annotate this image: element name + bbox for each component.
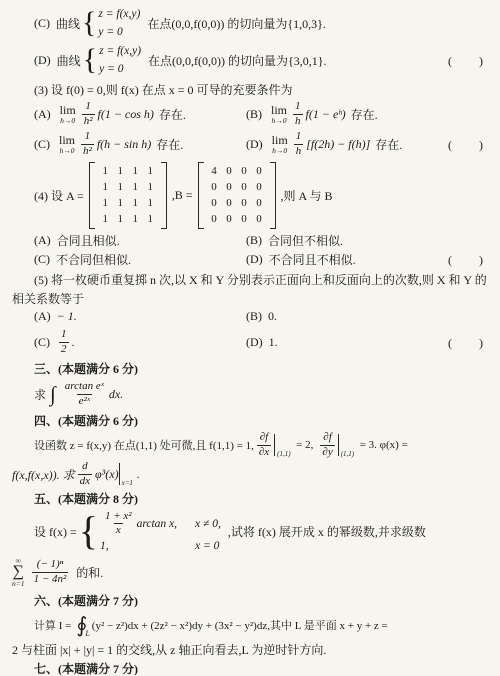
option-text: − 1. [57, 309, 77, 324]
option-text-pre: 曲线 [57, 52, 81, 69]
case-system: z = f(x,y) y = 0 [83, 42, 141, 79]
section-3-body: 求 ∫ arctan eˣ e²ˣ dx. [10, 378, 490, 410]
fraction-numerator: 1 [293, 100, 303, 113]
piecewise-system: 1 + x² x arctan x, x ≠ 0, 1, x = 0 [79, 510, 221, 552]
limit-operator: lim h→0 [59, 134, 75, 155]
case-top: z = f(x,y) [98, 5, 140, 23]
fraction: 1 2 [59, 328, 69, 355]
evaluation-bar: (1,1) [274, 434, 292, 456]
matrix-cell: 1 [133, 182, 139, 193]
question-4-options-cd: (C) 不合同但相似. (D) 不合同且不相似. ( ) [10, 250, 490, 269]
fraction-denominator: dx [78, 474, 92, 488]
fraction: arctan eˣ e²ˣ [63, 380, 106, 407]
fraction: 1 h [293, 100, 303, 127]
option-c: (C) 1 2 . [34, 328, 246, 355]
question-5-stem-line2: 相关系数等于 [10, 289, 490, 307]
fraction-numerator: 1 [83, 100, 93, 113]
matrix-cell: 1 [133, 166, 139, 177]
summation-operator: ∞ ∑ n=1 [12, 557, 25, 587]
section-header-text: 五、(本题满分 8 分) [34, 490, 138, 507]
option-d: (D) 不合同且不相似. [246, 251, 448, 268]
option-c: (C) lim h→0 1 h² f(h − sin h) 存在. [34, 130, 246, 157]
matrix-cell: 0 [241, 182, 247, 193]
fraction-denominator: x [114, 523, 123, 537]
stem-text: (5) 将一枚硬币重复掷 n 次,以 X 和 Y 分别表示正面向上和反面向上的次… [34, 271, 487, 288]
option-label: (D) [246, 137, 263, 152]
matrix-cell: 0 [256, 214, 262, 225]
section-5-series: ∞ ∑ n=1 (− 1)ⁿ 1 − 4n² 的和. [10, 554, 490, 590]
section-5-piecewise: 设 f(x) = 1 + x² x arctan x, x ≠ 0, 1, x … [10, 508, 490, 554]
body-text: 2 与柱面 |x| + |y| = 1 的交线,从 z 轴正向看去,L 为逆时针… [12, 641, 326, 658]
option-label: (D) [34, 53, 51, 68]
matrix-cell: 1 [133, 198, 139, 209]
option-body: f(1 − eʰ) [306, 107, 346, 122]
option-text: 合同且相似. [57, 232, 120, 249]
matrix-cell: 1 [103, 214, 109, 225]
lim-word: lim [59, 134, 75, 146]
fraction-numerator: 1 + x² [103, 510, 134, 523]
integral-icon: ∫ [50, 384, 56, 405]
option-a: (A) lim h→0 1 h² f(1 − cos h) 存在. [34, 100, 246, 127]
equation-text: = 3. φ(x) = [360, 439, 408, 451]
fraction: 1 + x² x [103, 510, 134, 537]
matrix-a: 1111111111111111 [89, 162, 167, 229]
section-6-header: 六、(本题满分 7 分) [10, 590, 490, 610]
option-label: (D) [246, 252, 263, 267]
matrix-cell: 1 [148, 198, 154, 209]
section-header-text: 七、(本题满分 7 分) [34, 660, 138, 676]
option-label: (C) [34, 252, 50, 267]
piecewise-value-2: 1, [100, 540, 177, 552]
section-5-header: 五、(本题满分 8 分) [10, 488, 490, 508]
matrix-cell: 0 [256, 182, 262, 193]
option-body: [f(2h) − f(h)] [306, 137, 370, 152]
stem-text: 相关系数等于 [12, 290, 84, 307]
body-post: 的和. [76, 564, 103, 581]
body-mid: ,试将 f(x) 展开成 x 的幂级数,并求级数 [228, 523, 426, 540]
limit-operator: lim h→0 [60, 104, 76, 125]
stem-post: ,则 A 与 B [281, 187, 333, 204]
option-text-post: 在点(0,0,f(0,0)) 的切向量为{3,0,1}. [148, 52, 327, 69]
fraction-denominator: h² [82, 114, 95, 128]
matrix-cell: 0 [241, 166, 247, 177]
exam-page: (C) 曲线 z = f(x,y) y = 0 在点(0,0,f(0,0)) 的… [0, 0, 500, 676]
question-4-options-ab: (A) 合同且相似. (B) 合同但不相似. [10, 231, 490, 250]
option-a: (A) 合同且相似. [34, 232, 246, 249]
option-b: (B) 合同但不相似. [246, 232, 490, 249]
contour-subscript: L [85, 629, 89, 638]
option-text: 0. [268, 309, 277, 324]
fraction: 1 h² [81, 130, 94, 157]
section-6-line1: 计算 I = ∮ L (y² − z²)dx + (2z² − x²)dy + … [10, 610, 490, 640]
case-bottom: y = 0 [99, 60, 141, 78]
fraction-denominator: ∂y [320, 445, 334, 459]
question-5-options-cd: (C) 1 2 . (D) 1. ( ) [10, 326, 490, 358]
matrix-b: 4000000000000000 [198, 162, 276, 229]
matrix-grid: 4000000000000000 [207, 166, 267, 225]
section-3-header: 三、(本题满分 6 分) [10, 358, 490, 378]
fraction-numerator: (− 1)ⁿ [35, 558, 65, 571]
body-pre: 计算 I = [34, 617, 71, 633]
case-top: z = f(x,y) [99, 42, 141, 60]
section-4-line1: 设函数 z = f(x,y) 在点(1,1) 处可微,且 f(1,1) = 1,… [10, 430, 490, 460]
matrix-cell: 1 [118, 198, 124, 209]
piecewise-condition-1: x ≠ 0, [195, 518, 221, 530]
matrix-cell: 0 [241, 198, 247, 209]
derivative-fraction: d dx [78, 460, 92, 487]
section-header-text: 三、(本题满分 6 分) [34, 360, 138, 377]
question-3-options-ab: (A) lim h→0 1 h² f(1 − cos h) 存在. (B) li… [10, 99, 490, 129]
fraction-denominator: 2 [59, 342, 69, 356]
question-5-options-ab: (A) − 1. (B) 0. [10, 307, 490, 326]
section-header-text: 六、(本题满分 7 分) [34, 592, 138, 609]
function-part: arctan x, [137, 518, 177, 530]
case-bottom: y = 0 [98, 23, 140, 41]
matrix-cell: 1 [103, 198, 109, 209]
evaluation-subscript: (1,1) [341, 450, 354, 458]
sum-lower-limit: n=1 [12, 580, 25, 588]
option-tail: . [72, 335, 75, 350]
case-column: z = f(x,y) y = 0 [99, 42, 141, 79]
section-4-line2: f(x,f(x,x)). 求 d dx φ³(x) x=1 . [10, 460, 490, 488]
matrix-cell: 1 [133, 214, 139, 225]
matrix-cell: 1 [148, 166, 154, 177]
body-text: f(x,f(x,x)). 求 [12, 466, 75, 483]
matrix-cell: 0 [256, 166, 262, 177]
option-label: (C) [34, 16, 50, 31]
matrix-cell: 4 [211, 166, 217, 177]
matrix-cell: 0 [241, 214, 247, 225]
stem-mid: ,B = [172, 188, 193, 203]
option-text: 合同但不相似. [268, 232, 343, 249]
option-2c: (C) 曲线 z = f(x,y) y = 0 在点(0,0,f(0,0)) 的… [10, 5, 490, 41]
option-d: (D) lim h→0 1 h [f(2h) − f(h)] 存在. [246, 130, 448, 157]
answer-parentheses: ( ) [448, 136, 490, 153]
option-text: 不合同且不相似. [269, 251, 356, 268]
question-4-stem: (4) 设 A = 1111111111111111 ,B = 40000000… [10, 159, 490, 231]
fraction-denominator: h² [81, 144, 94, 158]
matrix-cell: 0 [226, 198, 232, 209]
piecewise-grid: 1 + x² x arctan x, x ≠ 0, 1, x = 0 [100, 510, 221, 552]
fraction-numerator: ∂f [258, 431, 271, 444]
equation-text: = 2, [296, 439, 313, 451]
piecewise-value-1: 1 + x² x arctan x, [100, 510, 177, 537]
question-3-options-cd: (C) lim h→0 1 h² f(h − sin h) 存在. (D) li… [10, 129, 490, 159]
option-label: (A) [34, 233, 51, 248]
fraction: 1 h² [82, 100, 95, 127]
section-6-line2: 2 与柱面 |x| + |y| = 1 的交线,从 z 轴正向看去,L 为逆时针… [10, 640, 490, 658]
option-text: 1. [269, 335, 278, 350]
option-body: f(1 − cos h) [98, 107, 154, 122]
stem-pre: (4) 设 A = [34, 187, 84, 204]
fraction-denominator: ∂x [257, 445, 271, 459]
option-label: (A) [34, 309, 51, 324]
option-text: 不合同但相似. [56, 251, 131, 268]
lim-subscript: h→0 [272, 117, 287, 125]
question-3-stem: (3) 设 f(0) = 0,则 f(x) 在点 x = 0 可导的充要条件为 [10, 79, 490, 99]
option-text-pre: 曲线 [56, 15, 80, 32]
section-header-text: 四、(本题满分 6 分) [34, 412, 138, 429]
option-label: (C) [34, 137, 50, 152]
option-tail: 存在. [351, 106, 378, 123]
evaluation-subscript: (1,1) [277, 450, 290, 458]
left-brace-icon [79, 515, 98, 547]
option-tail: 存在. [375, 136, 402, 153]
case-column: z = f(x,y) y = 0 [98, 5, 140, 42]
body-text: 设函数 z = f(x,y) 在点(1,1) 处可微,且 f(1,1) = 1, [34, 437, 254, 453]
evaluation-bar: (1,1) [338, 434, 356, 456]
case-system: z = f(x,y) y = 0 [82, 5, 140, 42]
matrix-cell: 0 [226, 166, 232, 177]
fraction-numerator: arctan eˣ [63, 380, 106, 393]
piecewise-condition-2: x = 0 [195, 540, 221, 552]
question-5-stem-line1: (5) 将一枚硬币重复掷 n 次,以 X 和 Y 分别表示正面向上和反面向上的次… [10, 269, 490, 289]
matrix-cell: 0 [256, 198, 262, 209]
task-verb: 求 [34, 386, 46, 403]
evaluation-bar: x=1 [119, 463, 137, 485]
matrix-cell: 1 [103, 182, 109, 193]
fraction: 1 h [294, 130, 304, 157]
option-a: (A) − 1. [34, 309, 246, 324]
option-label: (D) [246, 335, 263, 350]
answer-parentheses: ( ) [448, 251, 490, 268]
section-4-header: 四、(本题满分 6 分) [10, 410, 490, 430]
option-c: (C) 不合同但相似. [34, 251, 246, 268]
matrix-grid: 1111111111111111 [98, 166, 158, 225]
matrix-cell: 1 [118, 182, 124, 193]
series-fraction: (− 1)ⁿ 1 − 4n² [32, 558, 69, 585]
lim-word: lim [271, 104, 287, 116]
fraction-numerator: 1 [83, 130, 93, 143]
partial-fraction-y: ∂f ∂y [320, 431, 334, 458]
fraction-numerator: ∂f [321, 431, 334, 444]
option-tail: 存在. [156, 136, 183, 153]
matrix-cell: 1 [148, 214, 154, 225]
option-b: (B) 0. [246, 309, 490, 324]
partial-fraction-x: ∂f ∂x [257, 431, 271, 458]
evaluation-subscript: x=1 [122, 479, 133, 487]
limit-operator: lim h→0 [271, 104, 287, 125]
matrix-cell: 0 [211, 198, 217, 209]
lim-subscript: h→0 [60, 147, 75, 155]
fraction-denominator: h [294, 144, 304, 158]
fraction-numerator: d [80, 460, 90, 473]
matrix-cell: 0 [226, 182, 232, 193]
option-tail: 存在. [159, 106, 186, 123]
option-label: (B) [246, 107, 262, 122]
fraction-numerator: 1 [59, 328, 69, 341]
stem-text: (3) 设 f(0) = 0,则 f(x) 在点 x = 0 可导的充要条件为 [34, 81, 293, 98]
lim-word: lim [60, 104, 76, 116]
matrix-cell: 1 [148, 182, 154, 193]
answer-parentheses: ( ) [448, 52, 490, 69]
lim-word: lim [272, 134, 288, 146]
fraction-denominator: h [293, 114, 303, 128]
lim-subscript: h→0 [272, 147, 287, 155]
matrix-cell: 1 [118, 214, 124, 225]
limit-operator: lim h→0 [272, 134, 288, 155]
phi-expression: φ³(x) [95, 467, 119, 482]
option-body: f(h − sin h) [97, 137, 151, 152]
sigma-icon: ∑ [13, 564, 24, 579]
left-brace-icon [83, 48, 97, 72]
option-label: (A) [34, 107, 51, 122]
period: . [137, 467, 140, 482]
matrix-cell: 0 [211, 214, 217, 225]
matrix-cell: 1 [103, 166, 109, 177]
integrand-tail: dx. [109, 387, 123, 402]
fraction-denominator: 1 − 4n² [32, 572, 69, 586]
lim-subscript: h→0 [60, 117, 75, 125]
matrix-cell: 0 [211, 182, 217, 193]
option-b: (B) lim h→0 1 h f(1 − eʰ) 存在. [246, 100, 490, 127]
section-7-header: 七、(本题满分 7 分) [10, 658, 490, 676]
answer-parentheses: ( ) [448, 334, 490, 351]
matrix-cell: 1 [118, 166, 124, 177]
fraction-denominator: e²ˣ [77, 394, 92, 408]
option-label: (C) [34, 335, 50, 350]
option-label: (B) [246, 233, 262, 248]
option-d: (D) 1. [246, 335, 448, 350]
body-text: (y² − z²)dx + (2z² − x²)dy + (3x² − y²)d… [92, 617, 388, 633]
option-2d: (D) 曲线 z = f(x,y) y = 0 在点(0,0,f(0,0)) 的… [10, 41, 490, 79]
option-text-post: 在点(0,0,f(0,0)) 的切向量为{1,0,3}. [147, 15, 326, 32]
fraction-numerator: 1 [294, 130, 304, 143]
option-label: (B) [246, 309, 262, 324]
left-brace-icon [82, 11, 96, 35]
body-pre: 设 f(x) = [34, 523, 77, 540]
matrix-cell: 0 [226, 214, 232, 225]
